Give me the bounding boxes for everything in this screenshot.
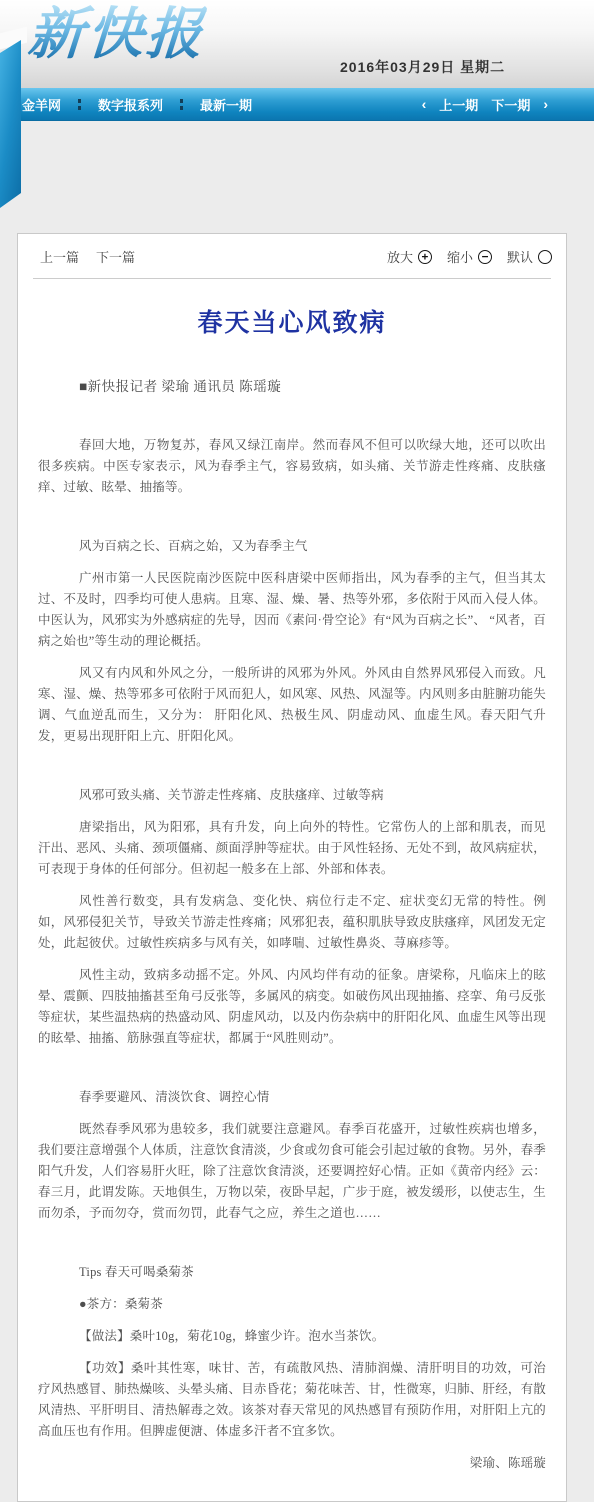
- prev-issue-arrow-icon: ‹: [422, 97, 427, 111]
- nav-separator-icon: [78, 99, 81, 110]
- article-block: 风为百病之长、百病之始，又为春季主气: [38, 536, 546, 557]
- article-block: ●茶方：桑菊茶: [38, 1294, 546, 1315]
- next-issue-link[interactable]: 下一期: [491, 95, 530, 114]
- zoom-default-button[interactable]: 默认: [507, 247, 552, 266]
- article-toolbar: 上一篇 下一篇 放大 + 缩小 − 默认: [18, 234, 566, 266]
- main-nav: 金羊网 数字报系列 最新一期 ‹ 上一期 下一期 ›: [0, 88, 594, 121]
- article-block: Tips 春天可喝桑菊茶: [38, 1262, 546, 1283]
- article-block: 春回大地，万物复苏，春风又绿江南岸。然而春风不但可以吹绿大地，还可以吹出很多疾病…: [38, 435, 546, 498]
- article-block: 广州市第一人民医院南沙医院中医科唐梁中医师指出，风为春季的主气，但当其太过、不及…: [38, 568, 546, 652]
- zoom-out-minus-icon: −: [478, 250, 492, 264]
- article-block: 【做法】桑叶10g，菊花10g，蜂蜜少许。泡水当茶饮。: [38, 1326, 546, 1347]
- article-block: 风性主动，致病多动摇不定。外风、内风均伴有动的征象。唐梁称，凡临床上的眩晕、震颤…: [38, 965, 546, 1049]
- nav-link-jinyangwang[interactable]: 金羊网: [22, 95, 61, 114]
- issue-pager: ‹ 上一期 下一期 ›: [422, 95, 548, 114]
- article-block: 【功效】桑叶其性寒，味甘、苦，有疏散风热、清肺润燥、清肝明目的功效，可治疗风热感…: [38, 1358, 546, 1442]
- zoom-in-plus-icon: +: [418, 250, 432, 264]
- article-card: 上一篇 下一篇 放大 + 缩小 − 默认 春天当心风致病 ■新快报记者 梁瑜 通…: [17, 233, 567, 1502]
- zoom-out-label: 缩小: [447, 247, 473, 266]
- article-block: 梁瑜、陈瑶璇: [38, 1453, 546, 1474]
- nav-link-latest-issue[interactable]: 最新一期: [200, 95, 252, 114]
- toolbar-divider: [33, 278, 551, 279]
- zoom-default-label: 默认: [507, 247, 533, 266]
- zoom-default-circle-icon: [538, 250, 552, 264]
- issue-date: 2016年03月29日 星期二: [340, 57, 505, 77]
- article-block: 风又有内风和外风之分，一般所讲的风邪为外风。外风由自然界风邪侵入而致。凡寒、湿、…: [38, 663, 546, 747]
- prev-article-link[interactable]: 上一篇: [40, 247, 79, 266]
- article-block: 春季要避风、清淡饮食、调控心情: [38, 1087, 546, 1108]
- nav-links: 金羊网 数字报系列 最新一期: [22, 95, 252, 114]
- site-header: 新快报 2016年03月29日 星期二: [0, 0, 594, 88]
- prev-issue-link[interactable]: 上一期: [439, 95, 478, 114]
- article-byline: ■新快报记者 梁瑜 通讯员 陈瑶璇: [38, 375, 546, 395]
- left-ribbon-decoration: [0, 40, 21, 208]
- article-block: 风性善行数变，具有发病急、变化快、病位行走不定、症状变幻无常的特性。例如，风邪侵…: [38, 891, 546, 954]
- zoom-in-label: 放大: [387, 247, 413, 266]
- nav-separator-icon: [180, 99, 183, 110]
- article-block: 既然春季风邪为患较多，我们就要注意避风。春季百花盛开，过敏性疾病也增多，我们要注…: [38, 1119, 546, 1224]
- next-issue-arrow-icon: ›: [543, 97, 548, 111]
- article-block: 唐梁指出，风为阳邪，具有升发，向上向外的特性。它常伤人的上部和肌表，而见汗出、恶…: [38, 817, 546, 880]
- article-body: 春回大地，万物复苏，春风又绿江南岸。然而春风不但可以吹绿大地，还可以吹出很多疾病…: [18, 435, 566, 1474]
- site-logo[interactable]: 新快报: [26, 2, 208, 69]
- next-article-link[interactable]: 下一篇: [96, 247, 135, 266]
- zoom-in-button[interactable]: 放大 +: [387, 247, 432, 266]
- article-title: 春天当心风致病: [18, 303, 566, 339]
- article-block: 风邪可致头痛、关节游走性疼痛、皮肤瘙痒、过敏等病: [38, 785, 546, 806]
- zoom-out-button[interactable]: 缩小 −: [447, 247, 492, 266]
- nav-link-digital-series[interactable]: 数字报系列: [98, 95, 163, 114]
